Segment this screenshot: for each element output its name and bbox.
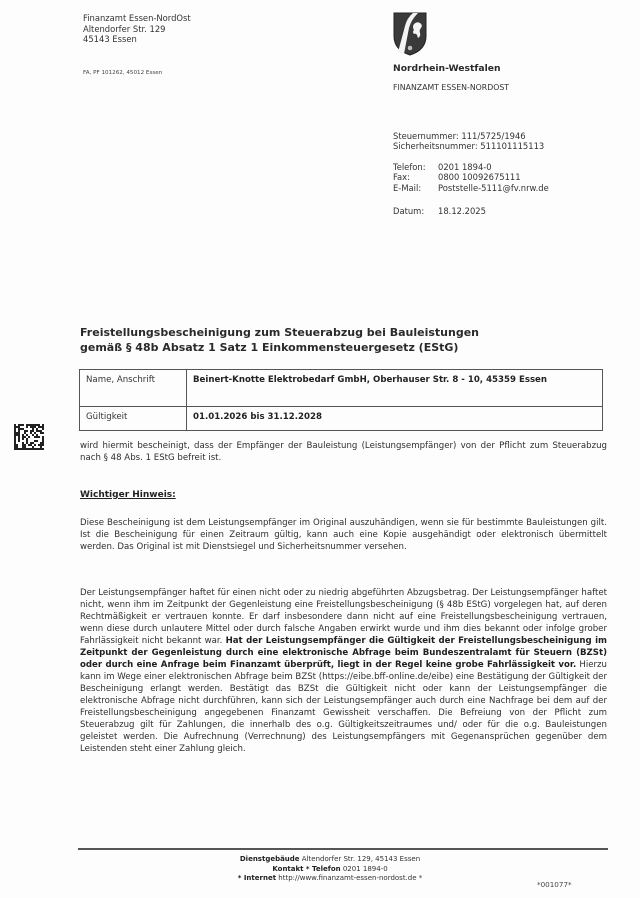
table-row: Gültigkeit 01.01.2026 bis 31.12.2028 — [80, 407, 603, 431]
notice-paragraph-1: Diese Bescheinigung ist dem Leistungsemp… — [80, 517, 607, 553]
sender-street: Altendorfer Str. 129 — [83, 24, 191, 35]
building-value: Altendorfer Str. 129, 45143 Essen — [300, 855, 421, 863]
state-name: Nordrhein-Westfalen — [393, 63, 501, 74]
date-label: Datum: — [393, 206, 438, 216]
sender-name: Finanzamt Essen-NordOst — [83, 13, 191, 24]
fax-row: Fax: 0800 10092675111 — [393, 172, 549, 182]
name-address-label: Name, Anschrift — [80, 370, 187, 407]
email-value: Poststelle-5111@fv.nrw.de — [438, 183, 549, 193]
validity-value: 01.01.2026 bis 31.12.2028 — [187, 407, 603, 431]
building-label: Dienstgebäude — [240, 855, 300, 863]
document-title: Freistellungsbescheinigung zum Steuerabz… — [80, 325, 479, 355]
footer-divider — [78, 848, 608, 850]
office-name: FINANZAMT ESSEN-NORDOST — [393, 83, 509, 92]
sender-city: 45143 Essen — [83, 34, 191, 45]
table-row: Name, Anschrift Beinert-Knotte Elektrobe… — [80, 370, 603, 407]
datamatrix-code-icon — [14, 424, 44, 450]
security-number: Sicherheitsnummer: 511101115113 — [393, 141, 544, 151]
contact-value: 0201 1894-0 — [341, 865, 388, 873]
name-address-value: Beinert-Knotte Elektrobedarf GmbH, Oberh… — [187, 370, 603, 407]
footer: Dienstgebäude Altendorfer Str. 129, 4514… — [180, 855, 480, 884]
validity-label: Gültigkeit — [80, 407, 187, 431]
sender-address: Finanzamt Essen-NordOst Altendorfer Str.… — [83, 13, 191, 45]
email-row: E-Mail: Poststelle-5111@fv.nrw.de — [393, 183, 549, 193]
phone-row: Telefon: 0201 1894-0 — [393, 162, 549, 172]
reference-numbers: Steuernummer: 111/5725/1946 Sicherheitsn… — [393, 131, 544, 152]
footer-contact: Kontakt * Telefon 0201 1894-0 — [180, 865, 480, 875]
footer-internet: * Internet http://www.finanzamt-essen-no… — [180, 874, 480, 884]
date-row: Datum: 18.12.2025 — [393, 206, 486, 216]
return-address: FA, PF 101262, 45012 Essen — [83, 70, 162, 76]
intro-paragraph: wird hiermit bescheinigt, dass der Empfä… — [80, 440, 607, 464]
contact-label: Kontakt * Telefon — [272, 865, 340, 873]
tax-number: Steuernummer: 111/5725/1946 — [393, 131, 544, 141]
phone-value: 0201 1894-0 — [438, 162, 492, 172]
contact-block: Telefon: 0201 1894-0 Fax: 0800 100926751… — [393, 162, 549, 193]
internet-label: Internet — [244, 874, 276, 882]
title-line-1: Freistellungsbescheinigung zum Steuerabz… — [80, 325, 479, 340]
phone-label: Telefon: — [393, 162, 438, 172]
internet-link[interactable]: http://www.finanzamt-essen-nordost.de * — [276, 874, 422, 882]
date-value: 18.12.2025 — [438, 206, 486, 216]
footer-building: Dienstgebäude Altendorfer Str. 129, 4514… — [180, 855, 480, 865]
nrw-coat-of-arms-icon — [393, 12, 427, 56]
email-label: E-Mail: — [393, 183, 438, 193]
document-number: *001077* — [537, 880, 572, 889]
fax-value: 0800 10092675111 — [438, 172, 521, 182]
verification-text: Hierzu kann im Wege einer elektronischen… — [80, 660, 607, 754]
info-table: Name, Anschrift Beinert-Knotte Elektrobe… — [79, 369, 603, 431]
title-line-2: gemäß § 48b Absatz 1 Satz 1 Einkommenste… — [80, 340, 479, 355]
fax-label: Fax: — [393, 172, 438, 182]
notice-paragraph-2: Der Leistungsempfänger haftet für einen … — [80, 587, 607, 755]
notice-heading: Wichtiger Hinweis: — [80, 490, 176, 500]
